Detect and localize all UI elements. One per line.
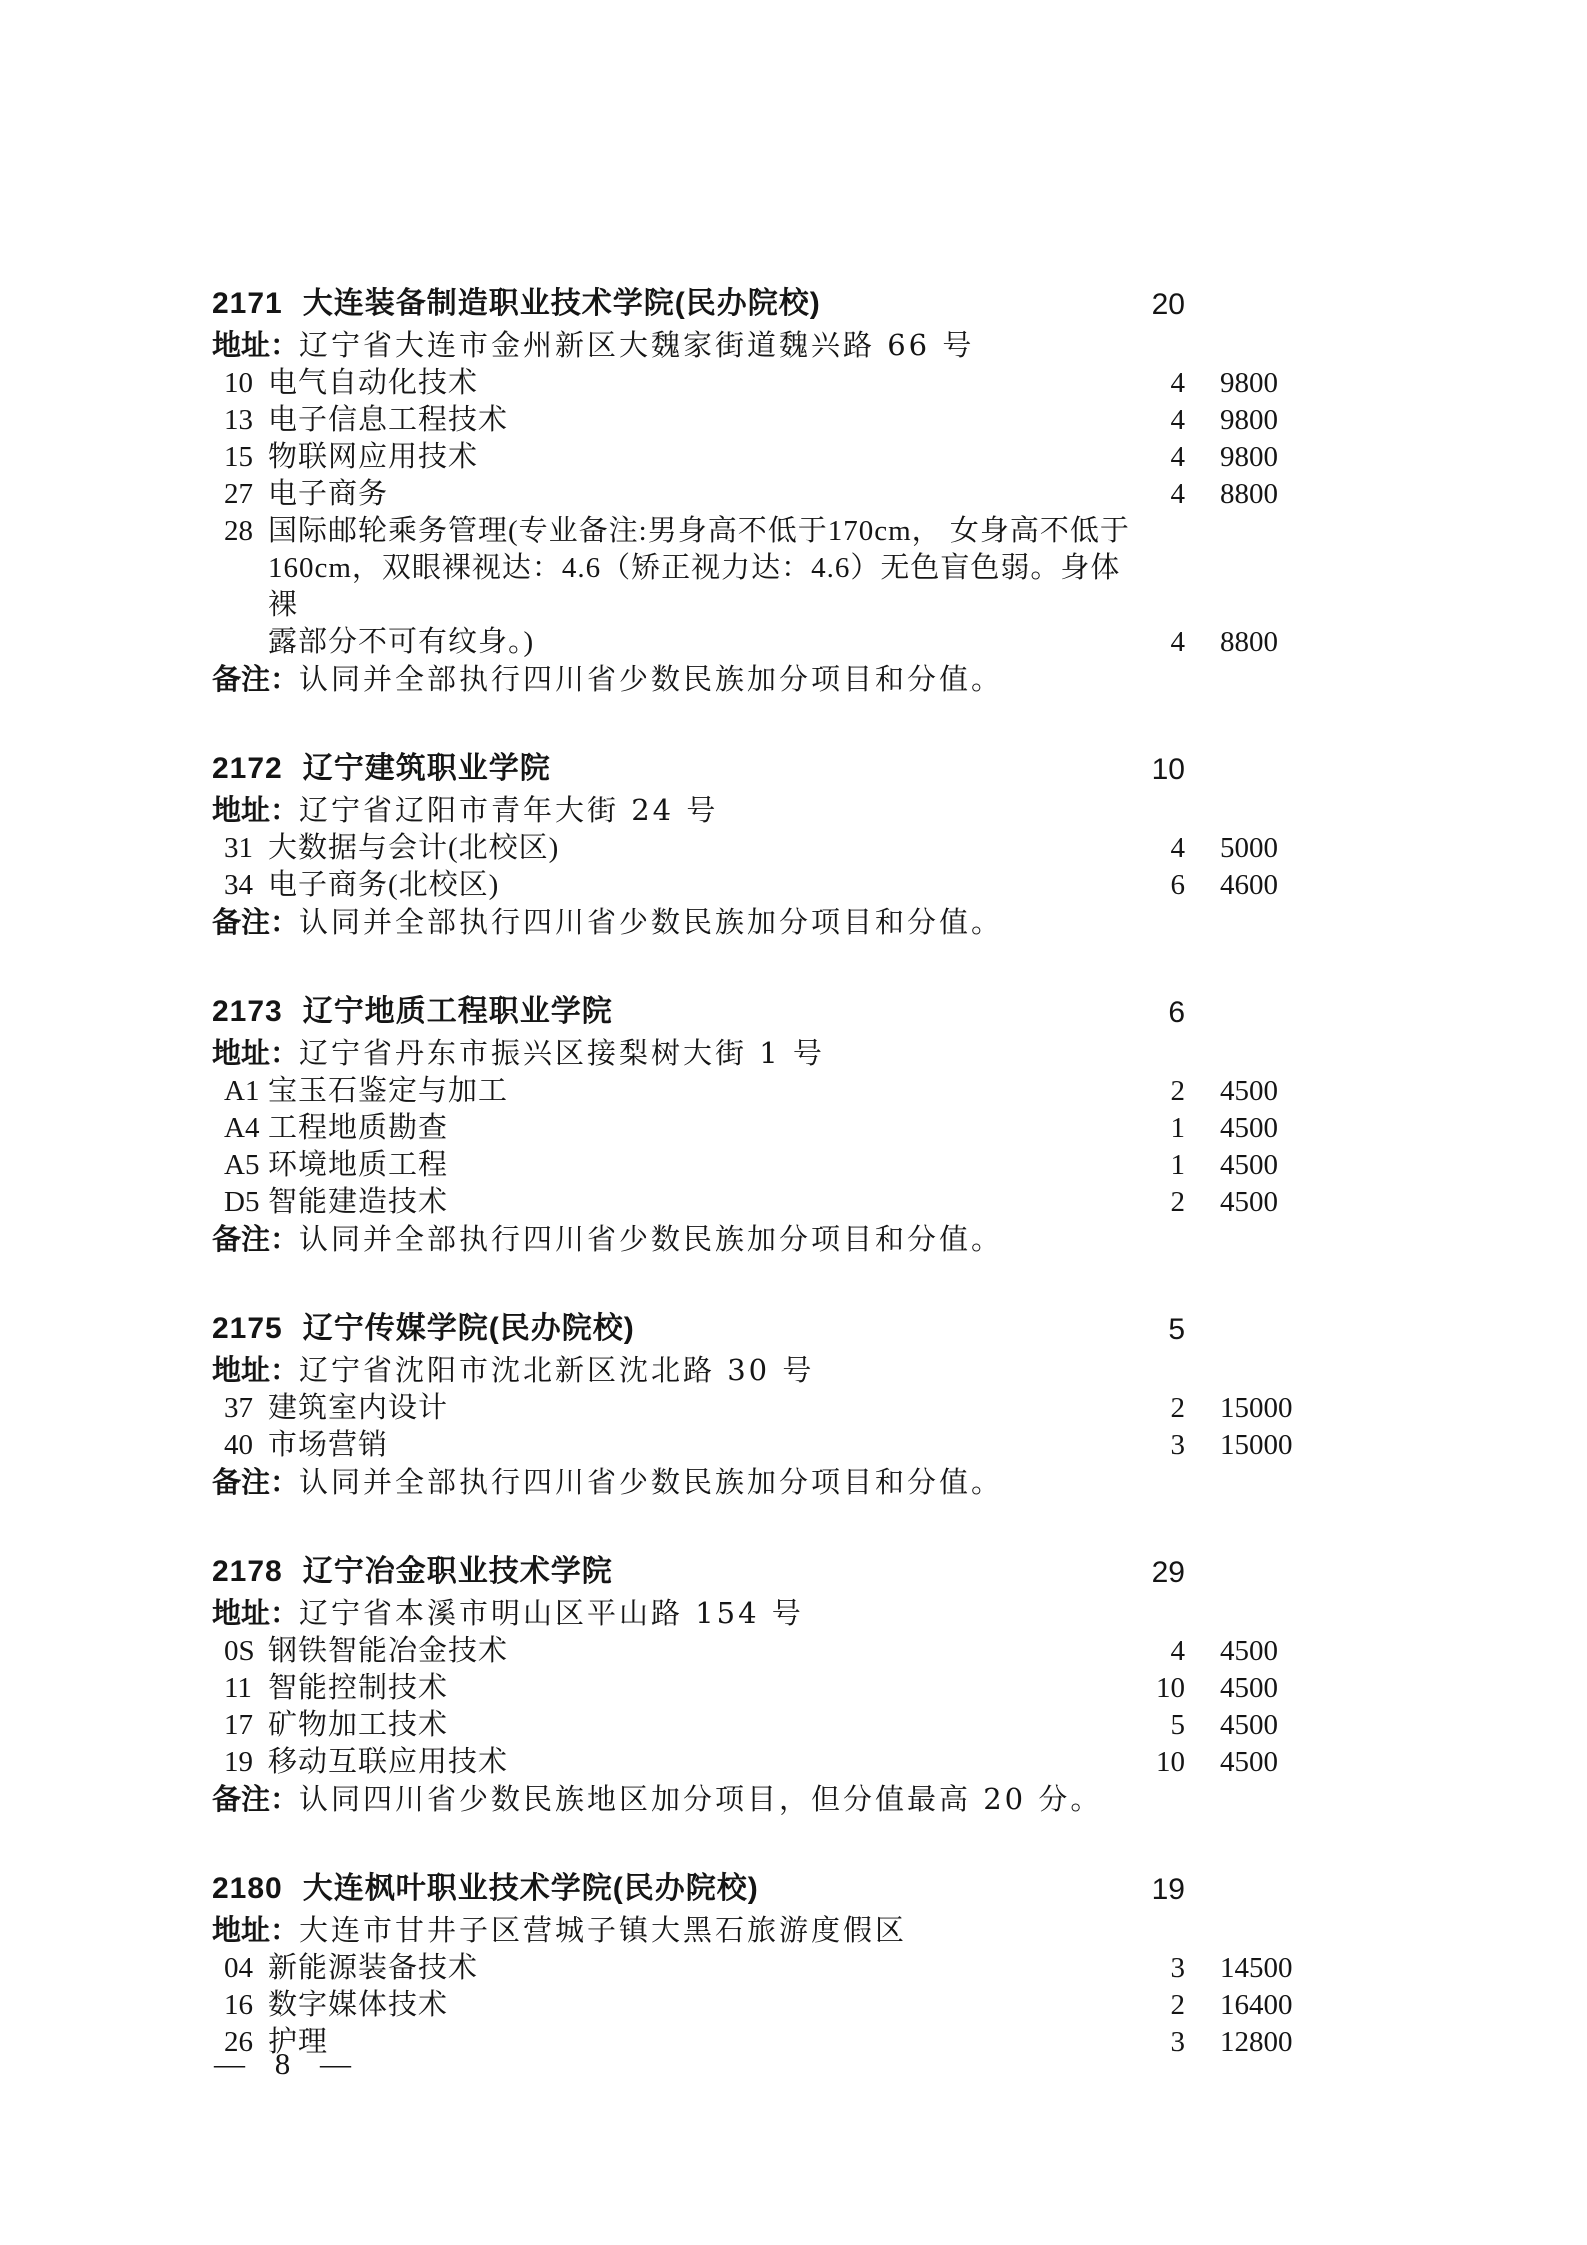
major-code: A4 [224, 1110, 268, 1147]
school-header: 2171大连装备制造职业技术学院(民办院校) 20 [212, 284, 1185, 324]
major-code: 37 [224, 1390, 268, 1427]
major-code: 13 [224, 402, 268, 439]
address-text: 辽宁省辽阳市青年大街 24 号 [299, 793, 718, 827]
school-code: 2172 [212, 752, 283, 785]
major-plan-count: 3 [1171, 1950, 1186, 1987]
school-section: 2175辽宁传媒学院(民办院校) 5 地址：辽宁省沈阳市沈北新区沈北路 30 号… [212, 1309, 1185, 1502]
address-row: 地址：大连市甘井子区营城子镇大黑石旅游度假区 [212, 1912, 1185, 1950]
major-plan-count: 2 [1171, 1390, 1186, 1427]
note-text: 认同四川省少数民族地区加分项目，但分值最高 20 分。 [299, 1782, 1102, 1816]
address-text: 辽宁省大连市金州新区大魏家街道魏兴路 66 号 [299, 328, 974, 362]
school-name: 辽宁地质工程职业学院 [303, 995, 613, 1028]
school-name: 大连装备制造职业技术学院(民办院校) [303, 287, 821, 320]
major-name: 物联网应用技术 [268, 439, 478, 476]
school-plan-total: 20 [1152, 285, 1185, 325]
major-code: 31 [224, 830, 268, 867]
major-code: 11 [224, 1670, 268, 1707]
major-code: 19 [224, 1744, 268, 1781]
major-tuition-fee: 15000 [1220, 1427, 1293, 1464]
major-name: 新能源装备技术 [268, 1950, 478, 1987]
major-plan-count: 6 [1171, 867, 1186, 904]
major-tuition-fee: 4500 [1220, 1110, 1278, 1147]
school-name: 大连枫叶职业技术学院(民办院校) [303, 1872, 759, 1905]
school-plan-total: 10 [1152, 750, 1185, 790]
major-row: 15物联网应用技术 4 9800 [212, 439, 1185, 476]
major-tuition-fee: 4500 [1220, 1073, 1278, 1110]
address-row: 地址：辽宁省沈阳市沈北新区沈北路 30 号 [212, 1352, 1185, 1390]
major-code: A5 [224, 1147, 268, 1184]
note-row: 备注：认同并全部执行四川省少数民族加分项目和分值。 [212, 1221, 1185, 1259]
major-tuition-fee: 4500 [1220, 1744, 1278, 1781]
major-name: 智能建造技术 [268, 1184, 448, 1221]
major-name: 矿物加工技术 [268, 1707, 448, 1744]
major-name: 智能控制技术 [268, 1670, 448, 1707]
address-label: 地址： [212, 1598, 299, 1630]
major-plan-count: 4 [1171, 830, 1186, 867]
major-tuition-fee: 14500 [1220, 1950, 1293, 1987]
school-code: 2178 [212, 1555, 283, 1588]
major-tuition-fee: 8800 [1220, 624, 1278, 661]
major-plan-count: 10 [1156, 1670, 1185, 1707]
school-header: 2180大连枫叶职业技术学院(民办院校) 19 [212, 1869, 1185, 1909]
major-name: 大数据与会计(北校区) [268, 830, 559, 867]
major-code: 16 [224, 1987, 268, 2024]
major-plan-count: 5 [1171, 1707, 1186, 1744]
school-plan-total: 29 [1152, 1553, 1185, 1593]
note-row: 备注：认同并全部执行四川省少数民族加分项目和分值。 [212, 904, 1185, 942]
major-row: 10电气自动化技术 4 9800 [212, 365, 1185, 402]
major-tuition-fee: 9800 [1220, 365, 1278, 402]
address-label: 地址： [212, 330, 299, 362]
major-tuition-fee: 8800 [1220, 476, 1278, 513]
address-text: 大连市甘井子区营城子镇大黑石旅游度假区 [299, 1913, 907, 1947]
school-code: 2173 [212, 995, 283, 1028]
major-row: A5环境地质工程 1 4500 [212, 1147, 1185, 1184]
note-label: 备注： [212, 1224, 299, 1256]
major-name: 建筑室内设计 [268, 1390, 448, 1427]
major-name: 工程地质勘查 [268, 1110, 448, 1147]
major-row: 34电子商务(北校区) 6 4600 [212, 867, 1185, 904]
school-section: 2178辽宁冶金职业技术学院 29 地址：辽宁省本溪市明山区平山路 154 号 … [212, 1552, 1185, 1819]
major-name: 电子商务(北校区) [268, 867, 499, 904]
school-section: 2172辽宁建筑职业学院 10 地址：辽宁省辽阳市青年大街 24 号 31大数据… [212, 749, 1185, 942]
major-row: D5智能建造技术 2 4500 [212, 1184, 1185, 1221]
note-row: 备注：认同并全部执行四川省少数民族加分项目和分值。 [212, 661, 1185, 699]
school-name: 辽宁冶金职业技术学院 [303, 1555, 613, 1588]
major-name: 国际邮轮乘务管理(专业备注:男身高不低于170cm， 女身高不低于 160cm，… [268, 513, 1148, 661]
major-name: 钢铁智能冶金技术 [268, 1633, 508, 1670]
note-label: 备注： [212, 1784, 299, 1816]
major-tuition-fee: 4500 [1220, 1633, 1278, 1670]
major-row: 19移动互联应用技术 10 4500 [212, 1744, 1185, 1781]
major-plan-count: 2 [1171, 1073, 1186, 1110]
major-row: 31大数据与会计(北校区) 4 5000 [212, 830, 1185, 867]
address-text: 辽宁省丹东市振兴区接梨树大街 1 号 [299, 1036, 825, 1070]
address-row: 地址：辽宁省本溪市明山区平山路 154 号 [212, 1595, 1185, 1633]
major-row: 37建筑室内设计 2 15000 [212, 1390, 1185, 1427]
address-row: 地址：辽宁省丹东市振兴区接梨树大街 1 号 [212, 1035, 1185, 1073]
school-code: 2175 [212, 1312, 283, 1345]
major-plan-count: 1 [1171, 1110, 1186, 1147]
note-text: 认同并全部执行四川省少数民族加分项目和分值。 [299, 1222, 1003, 1256]
major-row: 0S钢铁智能冶金技术 4 4500 [212, 1633, 1185, 1670]
major-code: 27 [224, 476, 268, 513]
major-tuition-fee: 9800 [1220, 439, 1278, 476]
school-section: 2173辽宁地质工程职业学院 6 地址：辽宁省丹东市振兴区接梨树大街 1 号 A… [212, 992, 1185, 1259]
major-plan-count: 3 [1171, 2024, 1186, 2061]
major-name: 移动互联应用技术 [268, 1744, 508, 1781]
major-code: 40 [224, 1427, 268, 1464]
address-label: 地址： [212, 795, 299, 827]
major-plan-count: 4 [1171, 1633, 1186, 1670]
major-name: 电气自动化技术 [268, 365, 478, 402]
major-name: 市场营销 [268, 1427, 388, 1464]
major-plan-count: 4 [1171, 476, 1186, 513]
major-row: 28国际邮轮乘务管理(专业备注:男身高不低于170cm， 女身高不低于 160c… [212, 513, 1185, 661]
major-row: 04新能源装备技术 3 14500 [212, 1950, 1185, 1987]
major-plan-count: 2 [1171, 1987, 1186, 2024]
major-code: D5 [224, 1184, 268, 1221]
major-plan-count: 4 [1171, 402, 1186, 439]
major-code: 04 [224, 1950, 268, 1987]
school-section: 2171大连装备制造职业技术学院(民办院校) 20 地址：辽宁省大连市金州新区大… [212, 284, 1185, 699]
note-label: 备注： [212, 1467, 299, 1499]
note-text: 认同并全部执行四川省少数民族加分项目和分值。 [299, 662, 1003, 696]
major-plan-count: 10 [1156, 1744, 1185, 1781]
major-list: 0S钢铁智能冶金技术 4 4500 11智能控制技术 10 4500 17矿物加… [212, 1633, 1185, 1781]
major-tuition-fee: 5000 [1220, 830, 1278, 867]
school-section: 2180大连枫叶职业技术学院(民办院校) 19 地址：大连市甘井子区营城子镇大黑… [212, 1869, 1185, 2061]
major-plan-count: 2 [1171, 1184, 1186, 1221]
note-text: 认同并全部执行四川省少数民族加分项目和分值。 [299, 905, 1003, 939]
major-row: 11智能控制技术 10 4500 [212, 1670, 1185, 1707]
major-list: A1宝玉石鉴定与加工 2 4500 A4工程地质勘查 1 4500 A5环境地质… [212, 1073, 1185, 1221]
major-tuition-fee: 4500 [1220, 1184, 1278, 1221]
major-row: 27电子商务 4 8800 [212, 476, 1185, 513]
major-code: 10 [224, 365, 268, 402]
note-row: 备注：认同四川省少数民族地区加分项目，但分值最高 20 分。 [212, 1781, 1185, 1819]
note-row: 备注：认同并全部执行四川省少数民族加分项目和分值。 [212, 1464, 1185, 1502]
major-tuition-fee: 16400 [1220, 1987, 1293, 2024]
major-code: 15 [224, 439, 268, 476]
address-text: 辽宁省本溪市明山区平山路 154 号 [299, 1596, 804, 1630]
note-label: 备注： [212, 907, 299, 939]
school-name: 辽宁建筑职业学院 [303, 752, 551, 785]
note-text: 认同并全部执行四川省少数民族加分项目和分值。 [299, 1465, 1003, 1499]
major-row: A4工程地质勘查 1 4500 [212, 1110, 1185, 1147]
major-list: 31大数据与会计(北校区) 4 5000 34电子商务(北校区) 6 4600 [212, 830, 1185, 904]
address-text: 辽宁省沈阳市沈北新区沈北路 30 号 [299, 1353, 814, 1387]
school-list: 2171大连装备制造职业技术学院(民办院校) 20 地址：辽宁省大连市金州新区大… [212, 284, 1185, 2111]
page-number: — 8 — [214, 2046, 355, 2081]
major-row: 17矿物加工技术 5 4500 [212, 1707, 1185, 1744]
school-plan-total: 5 [1168, 1310, 1185, 1350]
school-header: 2175辽宁传媒学院(民办院校) 5 [212, 1309, 1185, 1349]
address-row: 地址：辽宁省大连市金州新区大魏家街道魏兴路 66 号 [212, 327, 1185, 365]
major-row: 26护理 3 12800 [212, 2024, 1185, 2061]
major-row: A1宝玉石鉴定与加工 2 4500 [212, 1073, 1185, 1110]
major-plan-count: 4 [1171, 624, 1186, 661]
major-code: 0S [224, 1633, 268, 1670]
school-code: 2180 [212, 1872, 283, 1905]
major-name: 电子商务 [268, 476, 388, 513]
major-name: 环境地质工程 [268, 1147, 448, 1184]
school-header: 2173辽宁地质工程职业学院 6 [212, 992, 1185, 1032]
major-list: 10电气自动化技术 4 9800 13电子信息工程技术 4 9800 15物联网… [212, 365, 1185, 661]
address-label: 地址： [212, 1355, 299, 1387]
school-header: 2172辽宁建筑职业学院 10 [212, 749, 1185, 789]
note-label: 备注： [212, 664, 299, 696]
major-list: 04新能源装备技术 3 14500 16数字媒体技术 2 16400 26护理 … [212, 1950, 1185, 2061]
document-page: 2171大连装备制造职业技术学院(民办院校) 20 地址：辽宁省大连市金州新区大… [0, 0, 1587, 2245]
major-name: 电子信息工程技术 [268, 402, 508, 439]
major-tuition-fee: 12800 [1220, 2024, 1293, 2061]
major-name: 数字媒体技术 [268, 1987, 448, 2024]
school-plan-total: 19 [1152, 1870, 1185, 1910]
school-code: 2171 [212, 287, 283, 320]
major-code: 28 [224, 513, 268, 550]
major-list: 37建筑室内设计 2 15000 40市场营销 3 15000 [212, 1390, 1185, 1464]
address-label: 地址： [212, 1915, 299, 1947]
school-header: 2178辽宁冶金职业技术学院 29 [212, 1552, 1185, 1592]
major-plan-count: 4 [1171, 365, 1186, 402]
major-code: 17 [224, 1707, 268, 1744]
major-plan-count: 3 [1171, 1427, 1186, 1464]
major-tuition-fee: 15000 [1220, 1390, 1293, 1427]
major-row: 16数字媒体技术 2 16400 [212, 1987, 1185, 2024]
major-tuition-fee: 4500 [1220, 1147, 1278, 1184]
major-tuition-fee: 4600 [1220, 867, 1278, 904]
major-code: 34 [224, 867, 268, 904]
major-plan-count: 1 [1171, 1147, 1186, 1184]
address-row: 地址：辽宁省辽阳市青年大街 24 号 [212, 792, 1185, 830]
school-plan-total: 6 [1168, 993, 1185, 1033]
major-tuition-fee: 4500 [1220, 1670, 1278, 1707]
major-tuition-fee: 9800 [1220, 402, 1278, 439]
major-plan-count: 4 [1171, 439, 1186, 476]
page-footer: — 8 — [214, 2046, 355, 2082]
major-row: 13电子信息工程技术 4 9800 [212, 402, 1185, 439]
school-name: 辽宁传媒学院(民办院校) [303, 1312, 635, 1345]
major-tuition-fee: 4500 [1220, 1707, 1278, 1744]
major-row: 40市场营销 3 15000 [212, 1427, 1185, 1464]
major-code: A1 [224, 1073, 268, 1110]
address-label: 地址： [212, 1038, 299, 1070]
major-name: 宝玉石鉴定与加工 [268, 1073, 508, 1110]
